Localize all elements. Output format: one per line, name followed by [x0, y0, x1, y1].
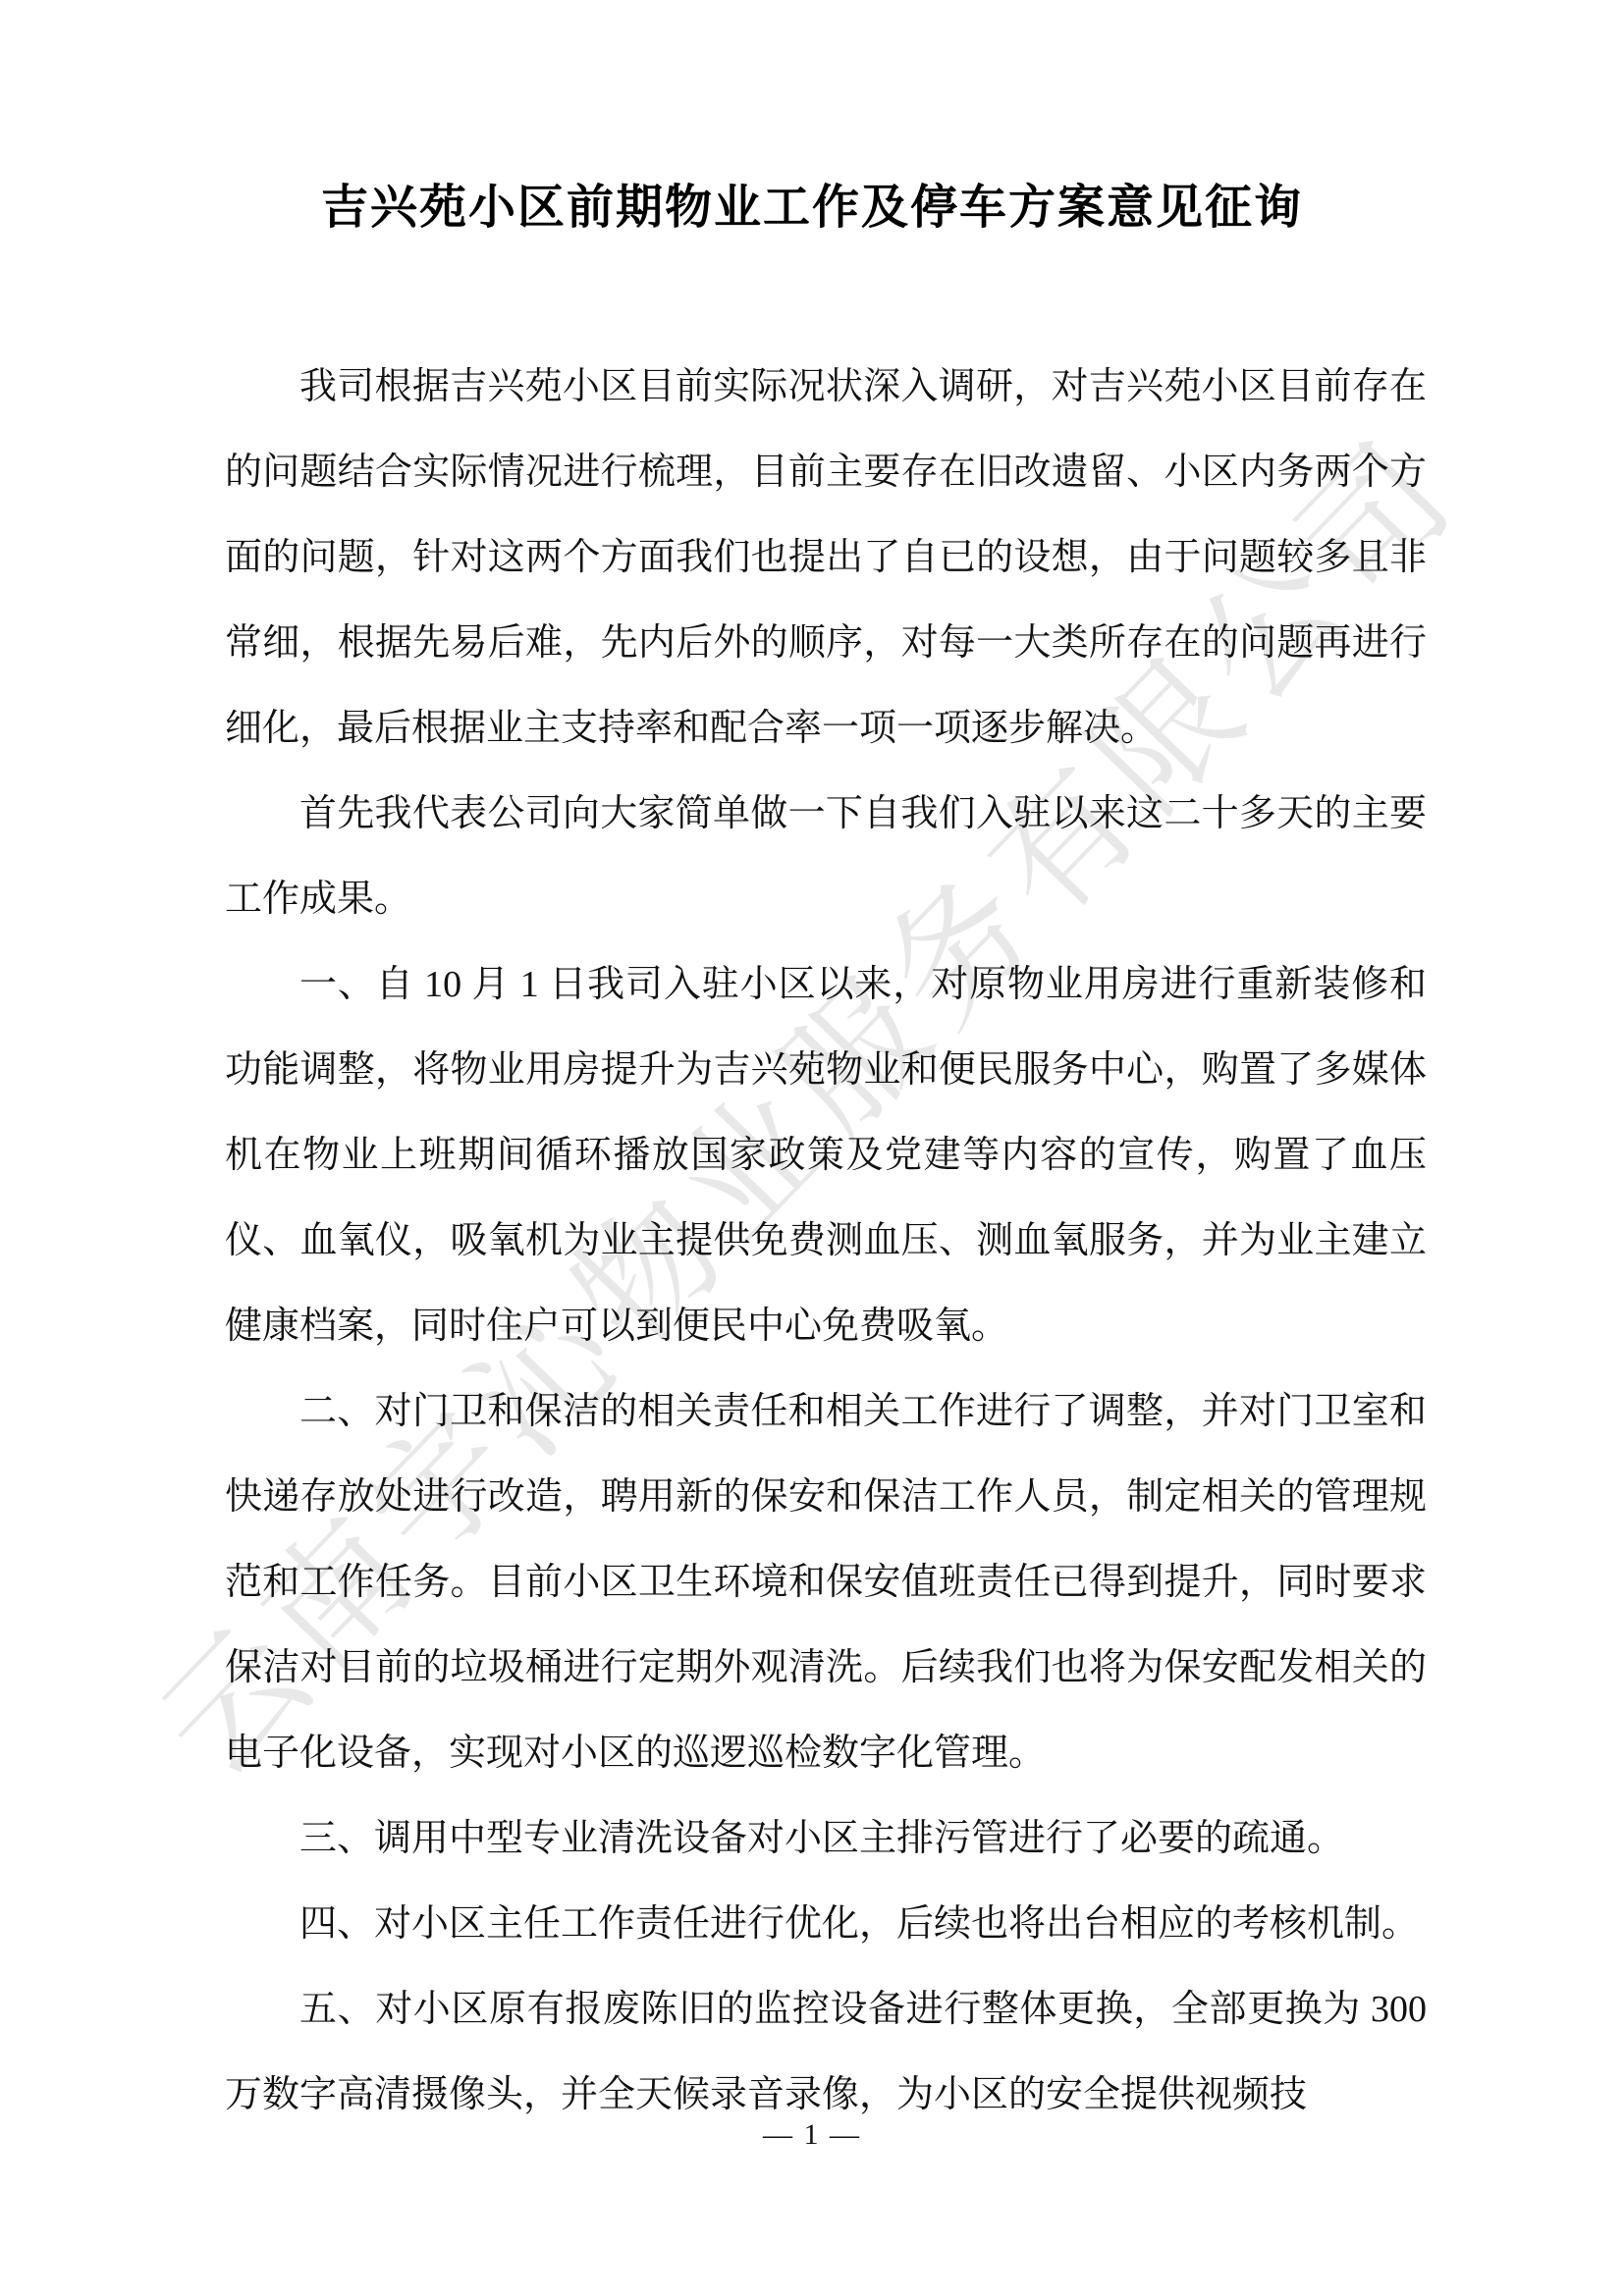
paragraph-item-1: 一、自 10 月 1 日我司入驻小区以来，对原物业用房进行重新装修和功能调整，将… [225, 942, 1427, 1369]
document-title: 吉兴苑小区前期物业工作及停车方案意见征询 [0, 169, 1624, 237]
paragraph-item-2: 二、对门卫和保洁的相关责任和相关工作进行了调整，并对门卫室和快递存放处进行改造，… [225, 1369, 1427, 1796]
paragraph-item-3: 三、调用中型专业清洗设备对小区主排污管进行了必要的疏通。 [225, 1796, 1427, 1882]
paragraph-item-5: 五、对小区原有报废陈旧的监控设备进行整体更换，全部更换为 300 万数字高清摄像… [225, 1967, 1427, 2138]
document-page: 云南宇沁物业服务有限公司 吉兴苑小区前期物业工作及停车方案意见征询 我司根据吉兴… [0, 0, 1624, 2296]
paragraph-summary-lead: 首先我代表公司向大家简单做一下自我们入驻以来这二十多天的主要工作成果。 [225, 772, 1427, 942]
paragraph-item-4: 四、对小区主任工作责任进行优化，后续也将出台相应的考核机制。 [225, 1882, 1427, 1967]
page-number: — 1 — [0, 2118, 1624, 2152]
paragraph-intro: 我司根据吉兴苑小区目前实际况状深入调研，对吉兴苑小区目前存在的问题结合实际情况进… [225, 345, 1427, 772]
document-body: 我司根据吉兴苑小区目前实际况状深入调研，对吉兴苑小区目前存在的问题结合实际情况进… [225, 345, 1427, 2138]
